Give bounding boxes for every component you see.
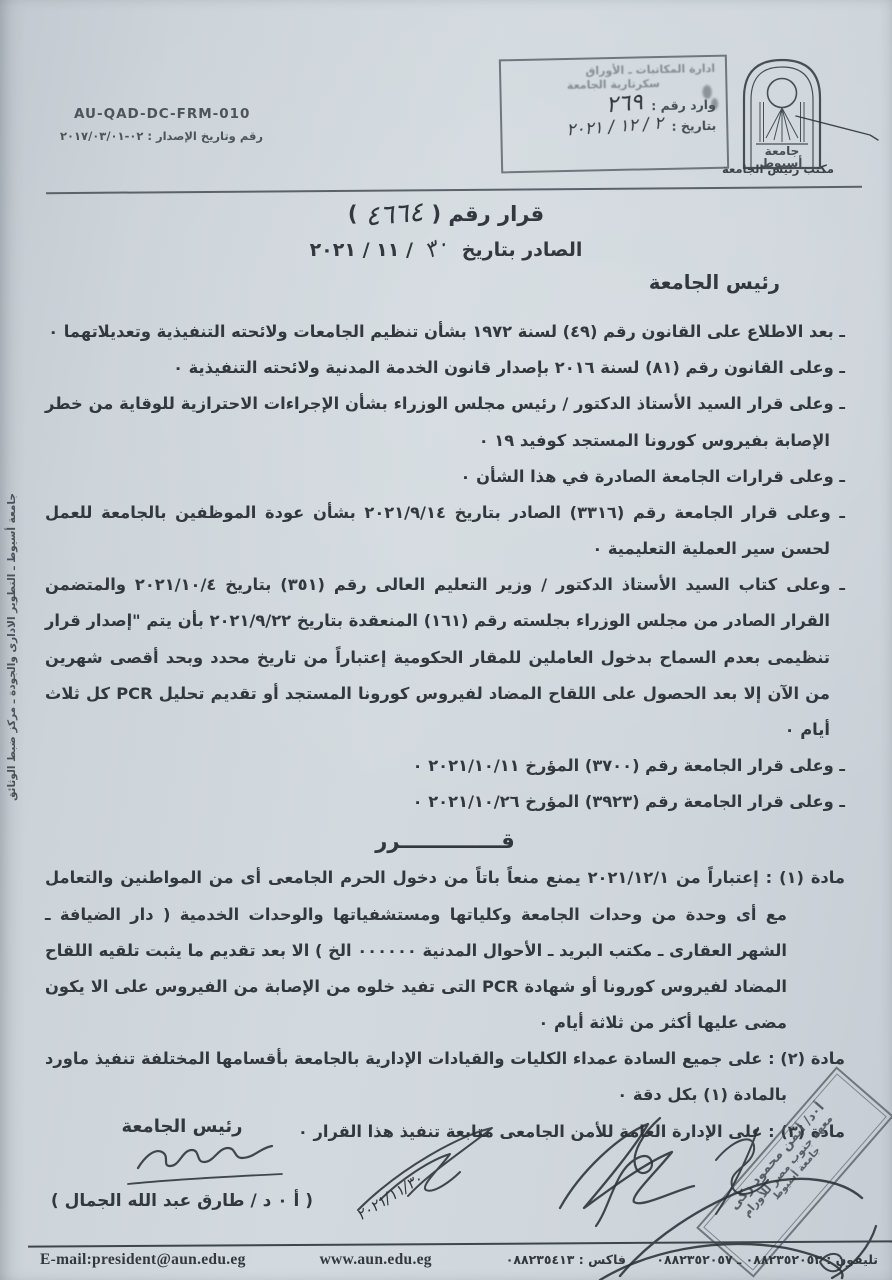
preamble-item: ـ وعلى قرار الجامعة رقم (٣٧٠٠) المؤرخ ٢٠… [45, 748, 845, 784]
decree-number-handwritten: ٤٦٦٤ [364, 197, 424, 233]
issued-label: الصادر بتاريخ [462, 239, 583, 261]
document-control-side-note: جامعة أسيوط ـ التطوير الادارى والجودة ـ … [6, 412, 18, 882]
preamble-item: ـ بعد الاطلاع على القانون رقم (٤٩) لسنة … [45, 314, 845, 350]
email-address: E-mail:president@aun.edu.eg [40, 1251, 246, 1269]
preamble-item: ـ وعلى قرار الجامعة رقم (٣٩٢٣) المؤرخ ٢٠… [45, 784, 845, 820]
signatory-title: رئيس الجامعة [46, 1116, 318, 1137]
decree-prefix: قرار رقم ( [431, 202, 544, 226]
article-1: مادة (١) : إعتباراً من ٢٠٢١/١٢/١ يمنع من… [45, 860, 845, 1041]
form-code: AU-QAD-DC-FRM-010 [74, 106, 250, 122]
preamble-item: ـ وعلى قرار السيد الأستاذ الدكتور / رئيس… [45, 386, 845, 458]
article-3-text: على الإدارة العامة للأمن الجامعى متابعة … [298, 1122, 763, 1141]
authority-heading: رئيس الجامعة [649, 271, 780, 294]
incoming-number-handwritten: ٢٦٩ [605, 89, 644, 118]
received-stamp: ادارة المكاتبات ـ الأوراق سكرتارية الجام… [499, 55, 729, 174]
preamble-item: ـ وعلى كتاب السيد الأستاذ الدكتور / وزير… [45, 567, 845, 748]
fax-number: فاكس : ٠٨٨٢٣٥٤١٣ [506, 1252, 626, 1267]
article-2-label: مادة (٢) : [768, 1049, 845, 1068]
preamble-item: ـ وعلى قرار الجامعة رقم (٣٣١٦) الصادر بت… [45, 495, 845, 567]
issued-date-line: الصادر بتاريخ ٣٠ / ١١ / ٢٠٢١ [0, 237, 892, 262]
signature-block: رئيس الجامعة ( أ ٠ د / طارق عبد الله الج… [46, 1116, 318, 1211]
decision-word: قــــــــــــــرر [45, 829, 845, 853]
website-url: www.aun.edu.eg [320, 1251, 432, 1269]
issued-day-handwritten: ٣٠ [420, 231, 452, 264]
preamble-item: ـ وعلى قرارات الجامعة الصادرة في هذا الش… [45, 459, 845, 495]
title-block: قرار رقم (٤٦٦٤) الصادر بتاريخ ٣٠ / ١١ / … [0, 197, 892, 262]
footer-contact-numbers: تليفون : ٠٨٨٢٣٥٢٠٥٣ ـ ٠٨٨٢٣٥٢٠٥٧ فاكس : … [506, 1252, 878, 1267]
signatory-name: ( أ ٠ د / طارق عبد الله الجمال ) [46, 1191, 318, 1211]
article-2: مادة (٢) : على جميع السادة عمداء الكليات… [45, 1041, 845, 1113]
preamble-item: ـ وعلى القانون رقم (٨١) لسنة ٢٠١٦ بإصدار… [45, 350, 845, 386]
office-label: مكتب رئيس الجامعة [722, 162, 834, 176]
incoming-number-label: وارد رقم : [651, 97, 716, 113]
decree-suffix: ) [348, 202, 358, 226]
article-1-text: إعتباراً من ٢٠٢١/١٢/١ يمنع منعاً باتاً م… [45, 868, 787, 1032]
article-1-label: مادة (١) : [766, 868, 845, 887]
phone-numbers: تليفون : ٠٨٨٢٣٥٢٠٥٣ ـ ٠٨٨٢٣٥٢٠٥٧ [656, 1252, 878, 1267]
article-2-text: على جميع السادة عمداء الكليات والقيادات … [45, 1049, 787, 1104]
university-emblem-icon: جامعة أسيوط [736, 50, 828, 174]
incoming-date-label: بتاريخ : [671, 118, 716, 134]
document-body: ـ بعد الاطلاع على القانون رقم (٤٩) لسنة … [45, 314, 845, 1150]
university-logo: جامعة أسيوط [736, 50, 828, 174]
form-issue-date: رقم وتاريخ الإصدار : ٠٢-٢٠١٧/٠٣/٠١ [60, 129, 263, 143]
header-divider [46, 186, 862, 194]
incoming-date-handwritten: ٢ / ١٢ / ٢٠٢١ [566, 113, 664, 140]
footer: تليفون : ٠٨٨٢٣٥٢٠٥٣ ـ ٠٨٨٢٣٥٢٠٥٧ فاكس : … [40, 1251, 878, 1269]
issued-month-year: / ١١ / ٢٠٢١ [310, 239, 413, 261]
decree-number-line: قرار رقم (٤٦٦٤) [0, 197, 892, 228]
handwritten-signing-date: ٢٠٢١/١١/٣٠ [353, 1170, 426, 1225]
scanned-decree-page: AU-QAD-DC-FRM-010 رقم وتاريخ الإصدار : ٠… [0, 0, 892, 1280]
